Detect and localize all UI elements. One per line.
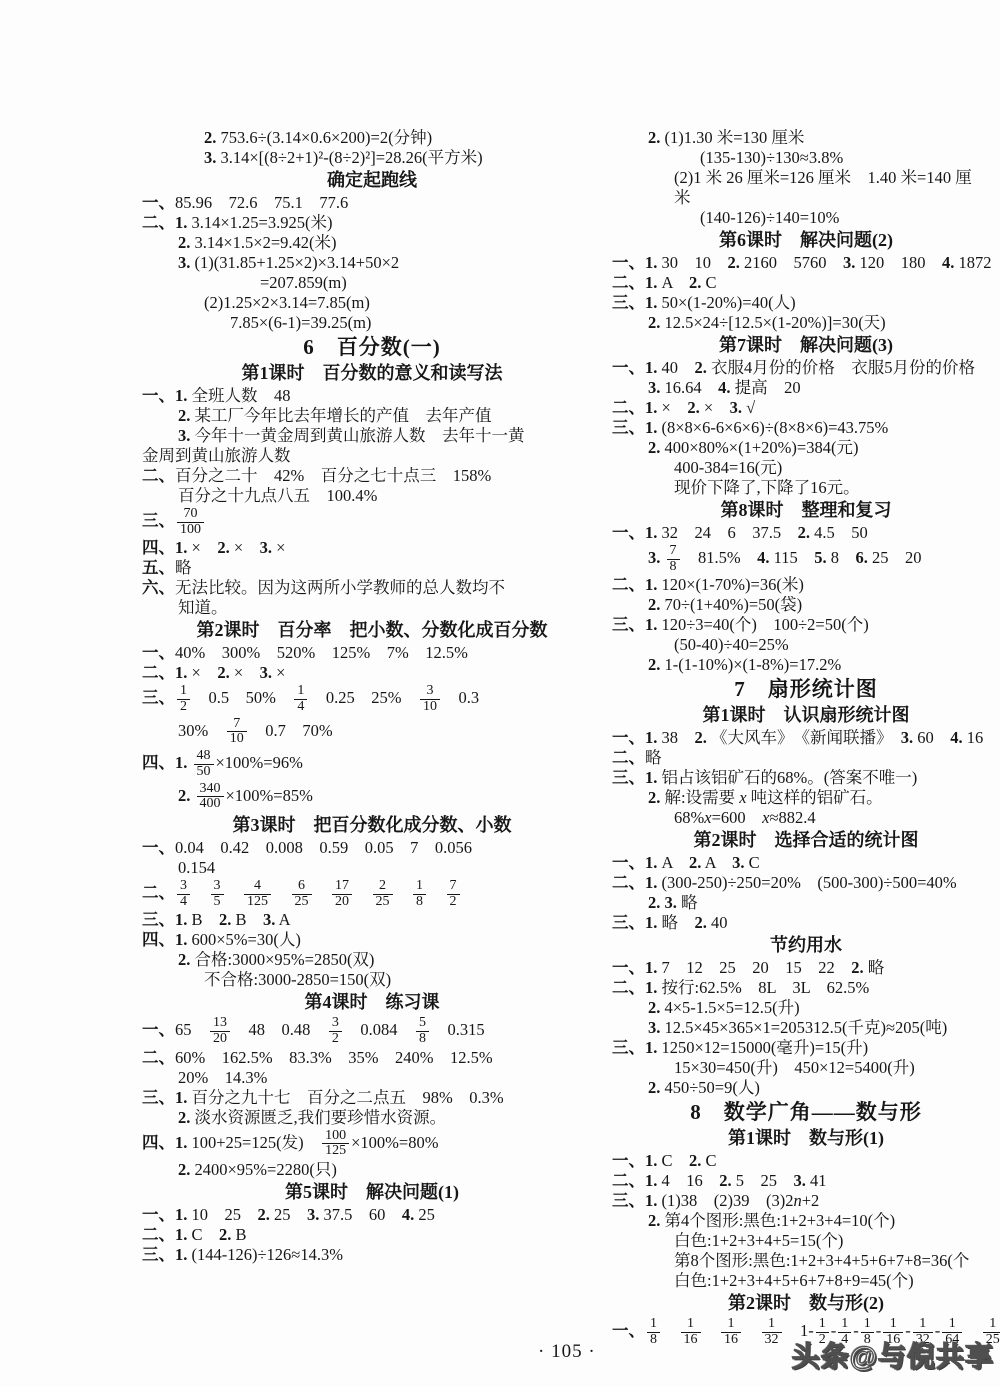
item-marker: 2.	[648, 788, 660, 807]
item-marker: 3.	[843, 253, 855, 272]
answer-line: 三、1. (144-126)÷126≈14.3%	[142, 1245, 602, 1265]
answer-line: 2. 淡水资源匮乏,我们要珍惜水资源。	[142, 1108, 602, 1128]
item-marker: 1.	[645, 768, 657, 787]
item-marker: 1.	[645, 293, 657, 312]
answer-line: 一、1. 40 2. 衣服4月份的价格 衣服5月份的价格	[612, 358, 1000, 378]
item-marker: 2.	[689, 853, 701, 872]
lesson-heading: 节约用水	[612, 933, 1000, 958]
answer-line: 不合格:3000-2850=150(双)	[142, 970, 602, 990]
item-marker: 3.	[901, 728, 913, 747]
item-marker: 一、	[142, 838, 175, 857]
item-marker: 五、	[142, 558, 175, 577]
fraction: 18	[647, 1317, 660, 1347]
answer-line: 三、1. 120÷3=40(个) 100÷2=50(个)	[612, 615, 1000, 635]
answer-line: 二、1. × 2. × 3. ×	[142, 663, 602, 683]
item-marker: 二、	[142, 883, 175, 902]
item-marker: 3.	[178, 253, 190, 272]
item-marker: 4.	[757, 548, 769, 567]
item-marker: 二、	[612, 575, 645, 594]
lesson-heading: 第2课时 数与形(2)	[612, 1291, 1000, 1316]
item-marker: 5.	[814, 548, 826, 567]
item-marker: 一、	[612, 523, 645, 542]
answer-line: 一、1. 10 25 2. 25 3. 37.5 60 4. 25	[142, 1205, 602, 1225]
item-marker: 1.	[175, 930, 187, 949]
item-marker: 2.	[258, 1205, 270, 1224]
fraction: 72	[447, 879, 460, 909]
answer-line: 四、1. × 2. × 3. ×	[142, 538, 602, 558]
answer-line: 百分之十九点八五 100.4%	[142, 486, 602, 506]
item-marker: 四、	[142, 1133, 175, 1152]
item-marker: 三、	[142, 688, 175, 707]
answer-line: 2. 合格:3000×95%=2850(双)	[142, 950, 602, 970]
item-marker: 四、	[142, 753, 175, 772]
chapter-heading: 6 百分数(一)	[142, 333, 602, 361]
item-marker: 1.	[645, 418, 657, 437]
fraction: 1320	[210, 1016, 230, 1046]
fraction: 78	[667, 544, 680, 574]
item-marker: 3.	[260, 663, 272, 682]
variable: x	[762, 808, 769, 827]
page-number: · 105 ·	[538, 1341, 596, 1363]
item-marker: 2.	[695, 913, 707, 932]
item-marker: 1.	[175, 1088, 187, 1107]
item-marker: 4.	[718, 378, 730, 397]
lesson-heading: 第4课时 练习课	[142, 990, 602, 1015]
item-marker: 2.	[178, 233, 190, 252]
item-marker: 2.	[219, 910, 231, 929]
answer-line: 2. 3.14×1.5×2=9.42(米)	[142, 233, 602, 253]
answer-line: 第8个图形:黑色:1+2+3+4+5+6+7+8=36(个	[612, 1251, 1000, 1271]
lesson-heading: 第2课时 选择合适的统计图	[612, 828, 1000, 853]
item-marker: 1.	[175, 910, 187, 929]
item-marker: 四、	[142, 930, 175, 949]
answer-line: 二、60% 162.5% 83.3% 35% 240% 12.5%	[142, 1048, 602, 1068]
answer-line: (140-126)÷140=10%	[612, 208, 1000, 228]
item-marker: 2.	[695, 358, 707, 377]
item-marker: 1.	[645, 575, 657, 594]
item-marker: 2.	[728, 253, 740, 272]
item-marker: 三、	[612, 1191, 645, 1210]
answer-line: 2. 753.6÷(3.14×0.6×200)=2(分钟)	[142, 128, 602, 148]
answer-line: 30% 710 0.7 70%	[142, 716, 602, 748]
item-marker: 6.	[856, 548, 868, 567]
answer-line: 三、1. 百分之九十七 百分之二点五 98% 0.3%	[142, 1088, 602, 1108]
answer-line: 2. (1)1.30 米=130 厘米	[612, 128, 1000, 148]
item-marker: 一、	[612, 358, 645, 377]
answer-line: 二、百分之二十 42% 百分之七十点三 158%	[142, 466, 602, 486]
item-marker: 1.	[645, 873, 657, 892]
answer-line: 0.154	[142, 858, 602, 878]
answer-line: 2. 2400×95%=2280(只)	[142, 1160, 602, 1180]
item-marker: 二、	[612, 873, 645, 892]
item-marker: 2.	[648, 655, 660, 674]
item-marker: 二、	[142, 663, 175, 682]
item-marker: 1.	[645, 1191, 657, 1210]
variable: x	[739, 788, 746, 807]
fraction: 18	[413, 879, 426, 909]
item-marker: 1.	[175, 1245, 187, 1264]
variable: x	[704, 808, 711, 827]
item-marker: 一、	[142, 643, 175, 662]
item-marker: 2.	[178, 950, 190, 969]
item-marker: 1.	[175, 538, 187, 557]
answer-line: 四、1. 4850×100%=96%	[142, 748, 602, 780]
fraction: 58	[416, 1016, 429, 1046]
answer-line: 三、1. 铝占该铝矿石的68%。(答案不唯一)	[612, 768, 1000, 788]
item-marker: 1.	[175, 663, 187, 682]
item-marker: 1.	[645, 253, 657, 272]
fraction: 4125	[244, 879, 271, 909]
fraction: 32	[329, 1016, 342, 1046]
answer-line: 白色:1+2+3+4+5=15(个)	[612, 1231, 1000, 1251]
item-marker: 1.	[645, 1171, 657, 1190]
answer-line: 二、1. × 2. × 3. √	[612, 398, 1000, 418]
lesson-heading: 第3课时 把百分数化成分数、小数	[142, 813, 602, 838]
item-marker: 2.	[695, 728, 707, 747]
item-marker: 三、	[612, 1038, 645, 1057]
item-marker: 1.	[175, 386, 187, 405]
answer-line: 米	[612, 188, 1000, 208]
item-marker: 4.	[402, 1205, 414, 1224]
answer-line: 2. 450÷50=9(人)	[612, 1078, 1000, 1098]
left-column: 2. 753.6÷(3.14×0.6×200)=2(分钟)3. 3.14×[(8…	[142, 128, 602, 1265]
item-marker: 一、	[142, 386, 175, 405]
item-marker: 1.	[645, 358, 657, 377]
item-marker: 2.	[178, 1108, 190, 1127]
item-marker: 三、	[142, 1245, 175, 1264]
item-marker: 3.	[648, 548, 660, 567]
answer-line: 2. 3. 略	[612, 893, 1000, 913]
item-marker: 1.	[645, 523, 657, 542]
answer-line: 三、1. B 2. B 3. A	[142, 910, 602, 930]
answer-line: 3. 16.64 4. 提高 20	[612, 378, 1000, 398]
item-marker: 2.	[687, 398, 699, 417]
fraction: 1720	[332, 879, 352, 909]
answer-line: 一、1. 32 24 6 37.5 2. 4.5 50	[612, 523, 1000, 543]
answer-line: 一、85.96 72.6 75.1 77.6	[142, 193, 602, 213]
answer-line: 一、0.04 0.42 0.008 0.59 0.05 7 0.056	[142, 838, 602, 858]
item-marker: 2. 3.	[648, 893, 677, 912]
item-marker: 二、	[142, 466, 175, 485]
item-marker: 三、	[612, 293, 645, 312]
answer-line: 20% 14.3%	[142, 1068, 602, 1088]
answer-line: 3. 12.5×45×365×1=205312.5(千克)≈205(吨)	[612, 1018, 1000, 1038]
answer-line: (135-130)÷130≈3.8%	[612, 148, 1000, 168]
answer-line: 二、34 35 4125 625 1720 225 18 72	[142, 878, 602, 910]
fraction: 625	[292, 879, 312, 909]
item-marker: 1.	[175, 1225, 187, 1244]
answer-line: 二、1. A 2. C	[612, 273, 1000, 293]
item-marker: 1.	[175, 213, 187, 232]
chapter-heading: 8 数学广角——数与形	[612, 1098, 1000, 1126]
item-marker: 一、	[612, 728, 645, 747]
fraction: 14	[294, 684, 307, 714]
item-marker: 二、	[612, 748, 645, 767]
answer-line: 3. 3.14×[(8÷2+1)²-(8÷2)²]=28.26(平方米)	[142, 148, 602, 168]
answer-line: 四、1. 100+25=125(发) 100125×100%=80%	[142, 1128, 602, 1160]
answer-line: 2. 12.5×24÷[12.5×(1-20%)]=30(天)	[612, 313, 1000, 333]
workbook-page: 2. 753.6÷(3.14×0.6×200)=2(分钟)3. 3.14×[(8…	[0, 0, 1000, 1387]
answer-line: 2. 某工厂今年比去年增长的产值 去年产值	[142, 406, 602, 426]
item-marker: 2.	[178, 785, 190, 804]
lesson-heading: 第1课时 百分数的意义和读写法	[142, 361, 602, 386]
answer-line: 二、略	[612, 748, 1000, 768]
item-marker: 1.	[645, 615, 657, 634]
answer-line: 7.85×(6-1)=39.25(m)	[142, 313, 602, 333]
fraction: 116	[681, 1317, 701, 1347]
item-marker: 二、	[142, 213, 175, 232]
answer-line: 一、1. 7 12 25 20 15 22 2. 略	[612, 958, 1000, 978]
lesson-heading: 确定起跑线	[142, 168, 602, 193]
item-marker: 2.	[178, 1160, 190, 1179]
item-marker: 2.	[689, 273, 701, 292]
item-marker: 三、	[612, 418, 645, 437]
fraction: 34	[177, 879, 190, 909]
item-marker: 一、	[612, 1321, 645, 1340]
item-marker: 1.	[645, 398, 657, 417]
item-marker: 2.	[648, 438, 660, 457]
item-marker: 2.	[689, 1151, 701, 1170]
item-marker: 一、	[142, 1020, 175, 1039]
answer-line: 一、1. 全班人数 48	[142, 386, 602, 406]
item-marker: 1.	[645, 913, 657, 932]
answer-line: 六、无法比较。因为这两所小学教师的总人数均不	[142, 578, 602, 598]
fraction: 100125	[322, 1129, 349, 1159]
item-marker: 1.	[645, 853, 657, 872]
answer-line: 一、1. C 2. C	[612, 1151, 1000, 1171]
fraction: 116	[721, 1317, 741, 1347]
fraction: 35	[211, 879, 224, 909]
answer-line: 五、略	[142, 558, 602, 578]
item-marker: 4.	[950, 728, 962, 747]
answer-line: 二、1. C 2. B	[142, 1225, 602, 1245]
answer-line: 2. 400×80%×(1+20%)=384(元)	[612, 438, 1000, 458]
item-marker: 3.	[732, 853, 744, 872]
item-marker: 六、	[142, 578, 175, 597]
answer-line: 三、1. (1)38 (2)39 (3)2n+2	[612, 1191, 1000, 1211]
answer-line: 2. 70÷(1+40%)=50(袋)	[612, 595, 1000, 615]
lesson-heading: 第2课时 百分率 把小数、分数化成百分数	[142, 618, 602, 643]
answer-line: 3. (1)(31.85+1.25×2)×3.14+50×2	[142, 253, 602, 273]
item-marker: 3.	[794, 1171, 806, 1190]
answer-line: 2. 解:设需要 x 吨这样的铝矿石。	[612, 788, 1000, 808]
item-marker: 三、	[612, 913, 645, 932]
item-marker: 3.	[204, 148, 216, 167]
item-marker: 3.	[648, 1018, 660, 1037]
item-marker: 4.	[942, 253, 954, 272]
item-marker: 2.	[648, 998, 660, 1017]
answer-line: 三、1. 50×(1-20%)=40(人)	[612, 293, 1000, 313]
answer-line: =207.859(m)	[142, 273, 602, 293]
answer-line: 三、70100	[142, 506, 602, 538]
fraction: 70100	[177, 507, 204, 537]
answer-line: 二、1. 按行:62.5% 8L 3L 62.5%	[612, 978, 1000, 998]
answer-line: 一、40% 300% 520% 125% 7% 12.5%	[142, 643, 602, 663]
item-marker: 3.	[263, 910, 275, 929]
lesson-heading: 第7课时 解决问题(3)	[612, 333, 1000, 358]
item-marker: 2.	[648, 1211, 660, 1230]
item-marker: 2.	[217, 663, 229, 682]
answer-line: (2)1 米 26 厘米=126 厘米 1.40 米=140 厘	[612, 168, 1000, 188]
fraction: 340400	[197, 782, 224, 812]
answer-line: 一、1. A 2. A 3. C	[612, 853, 1000, 873]
item-marker: 一、	[612, 1151, 645, 1170]
item-marker: 2.	[178, 406, 190, 425]
item-marker: 1.	[175, 753, 187, 772]
answer-line: 3. 今年十一黄金周到黄山旅游人数 去年十一黄	[142, 426, 602, 446]
item-marker: 四、	[142, 538, 175, 557]
item-marker: 2.	[798, 523, 810, 542]
right-column: 2. (1)1.30 米=130 厘米(135-130)÷130≈3.8%(2)…	[612, 128, 1000, 1349]
answer-line: (50-40)÷40=25%	[612, 635, 1000, 655]
fraction: 710	[227, 717, 247, 747]
item-marker: 二、	[142, 1048, 175, 1067]
answer-line: 白色:1+2+3+4+5+6+7+8+9=45(个)	[612, 1271, 1000, 1291]
answer-line: 二、1. 4 16 2. 5 25 3. 41	[612, 1171, 1000, 1191]
fraction: 132	[762, 1317, 782, 1347]
lesson-heading: 第5课时 解决问题(1)	[142, 1180, 602, 1205]
item-marker: 三、	[142, 910, 175, 929]
item-marker: 三、	[142, 511, 175, 530]
fraction: 12	[177, 684, 190, 714]
item-marker: 二、	[142, 1225, 175, 1244]
answer-line: (2)1.25×2×3.14=7.85(m)	[142, 293, 602, 313]
item-marker: 三、	[142, 1088, 175, 1107]
watermark: 头条@与倪共享	[792, 1335, 994, 1375]
item-marker: 1.	[645, 273, 657, 292]
answer-line: 68%x=600 x≈882.4	[612, 808, 1000, 828]
answer-line: 四、1. 600×5%=30(人)	[142, 930, 602, 950]
answer-line: 一、65 1320 48 0.48 32 0.084 58 0.315	[142, 1015, 602, 1047]
item-marker: 一、	[142, 1205, 175, 1224]
item-marker: 3.	[260, 538, 272, 557]
item-marker: 一、	[612, 958, 645, 977]
item-marker: 2.	[648, 1078, 660, 1097]
item-marker: 二、	[612, 273, 645, 292]
fraction: 310	[420, 684, 440, 714]
variable: n	[793, 1191, 801, 1210]
answer-line: 2. 1-(1-10%)×(1-8%)=17.2%	[612, 655, 1000, 675]
item-marker: 一、	[612, 853, 645, 872]
item-marker: 1.	[175, 1133, 187, 1152]
lesson-heading: 第6课时 解决问题(2)	[612, 228, 1000, 253]
answer-line: 15×30=450(升) 450×12=5400(升)	[612, 1058, 1000, 1078]
item-marker: 二、	[612, 398, 645, 417]
item-marker: 2.	[719, 1171, 731, 1190]
item-marker: 1.	[645, 728, 657, 747]
answer-line: 二、1. (300-250)÷250=20% (500-300)÷500=40%	[612, 873, 1000, 893]
item-marker: 2.	[648, 595, 660, 614]
answer-line: 知道。	[142, 598, 602, 618]
item-marker: 三、	[612, 768, 645, 787]
item-marker: 二、	[612, 978, 645, 997]
item-marker: 1.	[645, 1151, 657, 1170]
answer-line: 三、1. 略 2. 40	[612, 913, 1000, 933]
lesson-heading: 第1课时 数与形(1)	[612, 1126, 1000, 1151]
item-marker: 3.	[178, 426, 190, 445]
answer-line: 400-384=16(元)	[612, 458, 1000, 478]
item-marker: 一、	[612, 253, 645, 272]
fraction: 225	[373, 879, 393, 909]
fraction: 4850	[194, 749, 214, 779]
lesson-heading: 第1课时 认识扇形统计图	[612, 703, 1000, 728]
answer-line: 二、1. 120×(1-70%)=36(米)	[612, 575, 1000, 595]
answer-line: 2. 4×5-1.5×5=12.5(升)	[612, 998, 1000, 1018]
item-marker: 二、	[612, 1171, 645, 1190]
answer-line: 现价下降了,下降了16元。	[612, 478, 1000, 498]
item-marker: 2.	[648, 128, 660, 147]
answer-line: 一、1. 30 10 2. 2160 5760 3. 120 180 4. 18…	[612, 253, 1000, 273]
answer-line: 3. 78 81.5% 4. 115 5. 8 6. 25 20	[612, 543, 1000, 575]
answer-line: 一、1. 38 2. 《大风车》 《新闻联播》 3. 60 4. 16	[612, 728, 1000, 748]
item-marker: 2.	[204, 128, 216, 147]
item-marker: 1.	[645, 958, 657, 977]
chapter-heading: 7 扇形统计图	[612, 675, 1000, 703]
item-marker: 三、	[612, 615, 645, 634]
item-marker: 1.	[175, 1205, 187, 1224]
answer-line: 三、1. (8×8×6-6×6×6)÷(8×8×6)=43.75%	[612, 418, 1000, 438]
item-marker: 2.	[217, 538, 229, 557]
item-marker: 2.	[648, 313, 660, 332]
item-marker: 3.	[648, 378, 660, 397]
item-marker: 1.	[645, 1038, 657, 1057]
item-marker: 2.	[219, 1225, 231, 1244]
item-marker: 1.	[645, 978, 657, 997]
answer-line: 2. 340400×100%=85%	[142, 781, 602, 813]
item-marker: 一、	[142, 193, 175, 212]
answer-line: 三、1. 1250×12=15000(毫升)=15(升)	[612, 1038, 1000, 1058]
item-marker: 2.	[851, 958, 863, 977]
answer-line: 2. 第4个图形:黑色:1+2+3+4=10(个)	[612, 1211, 1000, 1231]
lesson-heading: 第8课时 整理和复习	[612, 498, 1000, 523]
item-marker: 3.	[307, 1205, 319, 1224]
item-marker: 3.	[730, 398, 742, 417]
answer-line: 金周到黄山旅游人数	[142, 446, 602, 466]
answer-line: 三、12 0.5 50% 14 0.25 25% 310 0.3	[142, 683, 602, 715]
answer-line: 二、1. 3.14×1.25=3.925(米)	[142, 213, 602, 233]
